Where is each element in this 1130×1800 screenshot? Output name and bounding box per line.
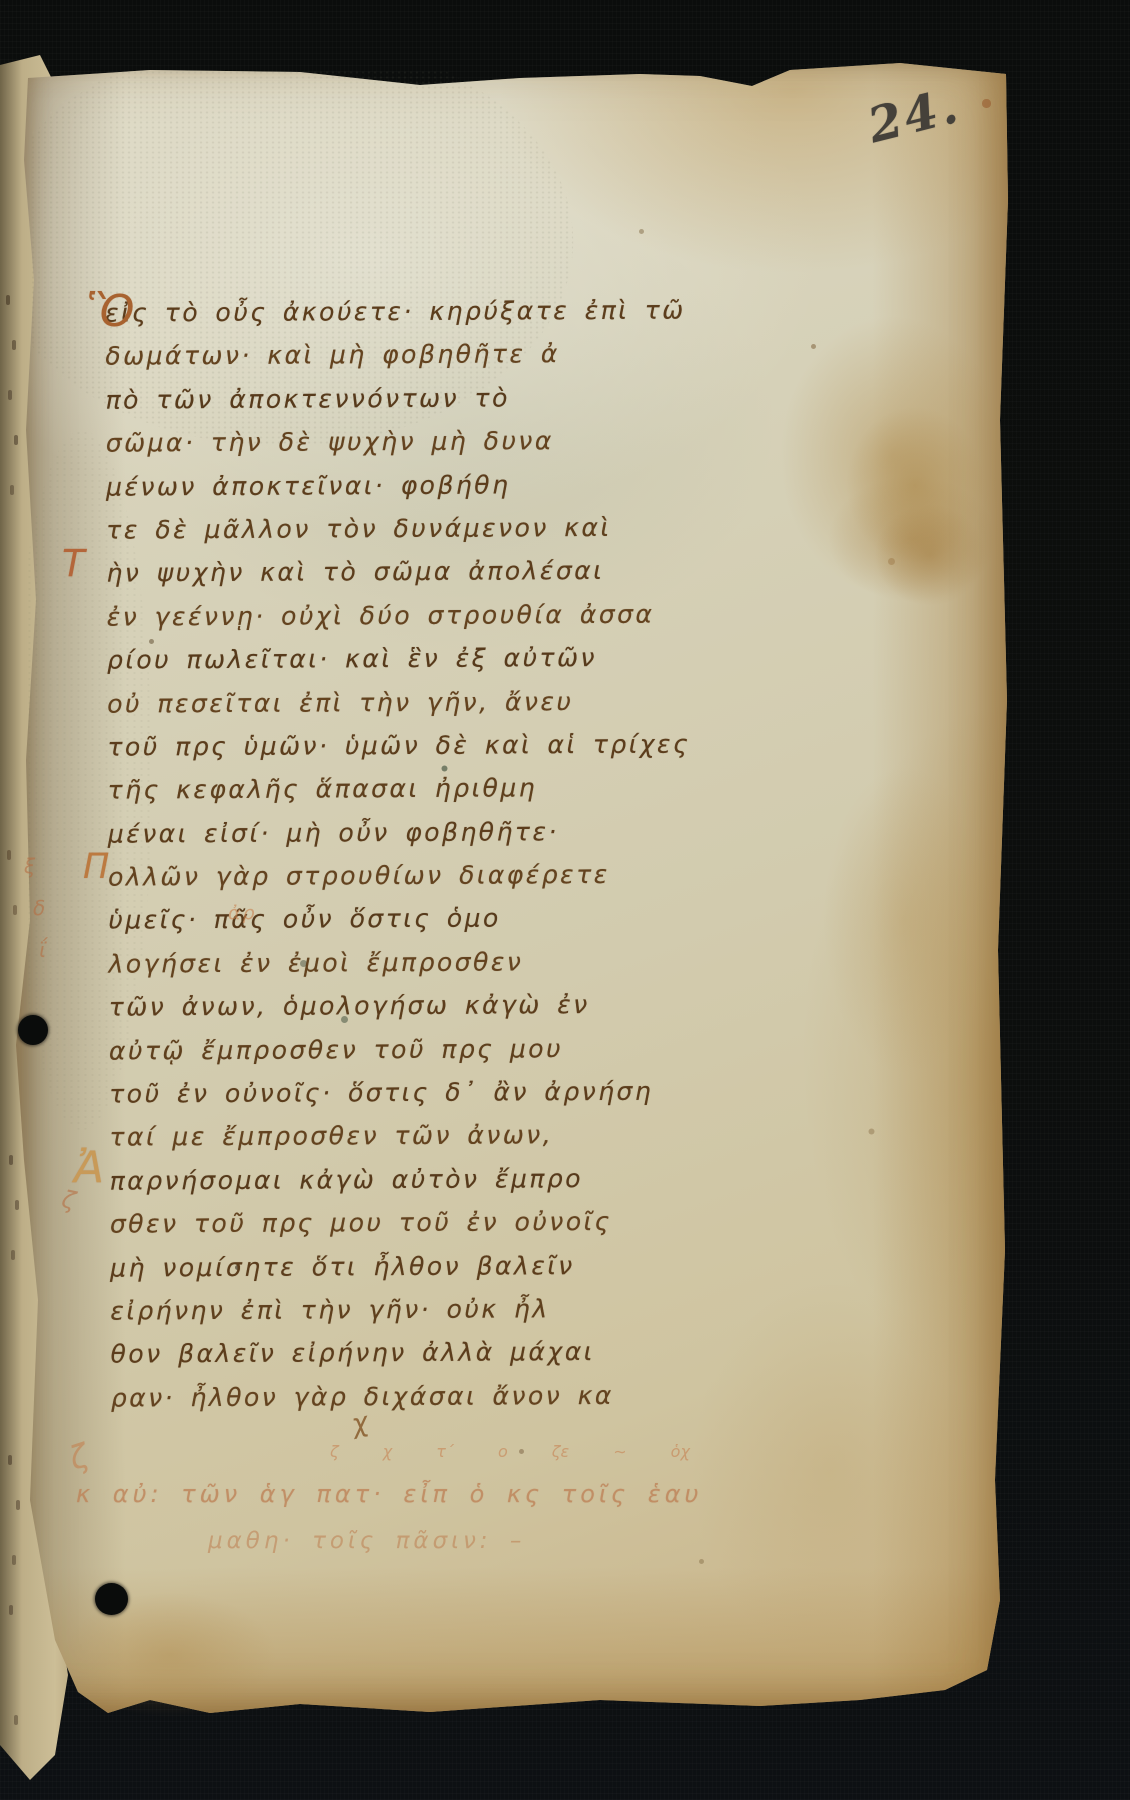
manuscript-line: παρνήσομαι κἀγὼ αὐτὸν ἔμπρο xyxy=(110,1163,710,1210)
manuscript-line: τοῦ πρς ὑμῶν· ὑμῶν δὲ καὶ αἱ τρίχες xyxy=(107,729,707,776)
manuscript-line: πὸ τῶν ἀποκτεννόντων τὸ xyxy=(106,382,706,429)
manuscript-line: ὑμεῖς· πᾶς οὖν ὅστις ὁμο xyxy=(108,903,708,950)
manuscript-line: ρίου πωλεῖται· καὶ ἓν ἐξ αὐτῶν xyxy=(107,643,707,690)
neume-mark: ζε xyxy=(552,1442,569,1461)
neume-mark: ζ xyxy=(330,1442,339,1461)
manuscript-line: δωμάτων· καὶ μὴ φοβηθῆτε ἀ xyxy=(105,339,705,386)
manuscript-line: ἐν γεέννῃ· οὐχὶ δύο στρουθία ἀσσα xyxy=(107,599,707,646)
manuscript-line: θον βαλεῖν εἰρήνην ἀλλὰ μάχαι xyxy=(111,1337,711,1384)
manuscript-line: ὴν ψυχὴν καὶ τὸ σῶμα ἀπολέσαι xyxy=(106,556,706,603)
rubric-initial: Ἀ xyxy=(74,1146,104,1190)
neume-mark: ∼ xyxy=(613,1442,626,1461)
manuscript-line: ραν· ἦλθον γὰρ διχάσαι ἄνον κα xyxy=(111,1380,711,1427)
punch-hole xyxy=(95,1583,128,1615)
manuscript-line: μέναι εἰσί· μὴ οὖν φοβηθῆτε· xyxy=(108,816,708,863)
parchment-speckles xyxy=(0,0,3,3)
manuscript-line: αὐτῷ ἔμπροσθεν τοῦ πρς μου xyxy=(109,1033,709,1080)
manuscript-line: ολλῶν γὰρ στρουθίων διαφέρετε xyxy=(108,860,708,907)
manuscript-line: εἰρήνην ἐπὶ τὴν γῆν· οὐκ ἦλ xyxy=(110,1293,710,1340)
marginal-mark: ξ xyxy=(24,854,35,878)
manuscript-line: εἰς τὸ οὖς ἀκούετε· κηρύξατε ἐπὶ τῶ xyxy=(105,295,705,342)
neume-mark: ὁχ xyxy=(671,1442,690,1461)
manuscript-line: τε δὲ μᾶλλον τὸν δυνάμενον καὶ xyxy=(106,512,706,559)
manuscript-line: μὴ νομίσητε ὅτι ἦλθον βαλεῖν xyxy=(110,1250,710,1297)
folio-edge-text-fragments xyxy=(6,295,10,305)
neume-mark: χ xyxy=(383,1442,392,1461)
rubric-initial: Π xyxy=(83,850,109,885)
main-text-block: εἰς τὸ οὖς ἀκούετε· κηρύξατε ἐπὶ τῶ δωμά… xyxy=(105,295,711,1426)
manuscript-line: τῆς κεφαλῆς ἅπασαι ἠριθμη xyxy=(108,773,708,820)
neume-mark: τ΄ xyxy=(436,1442,454,1461)
manuscript-photo: 24. εἰς τὸ οὖς ἀκούετε· κηρύξατε ἐπὶ τῶ … xyxy=(0,0,1130,1800)
rubric-line: μαθη· τοῖς πᾶσιν: – xyxy=(208,1528,525,1554)
manuscript-line: σῶμα· τὴν δὲ ψυχὴν μὴ δυνα xyxy=(106,426,706,473)
manuscript-line: οὐ πεσεῖται ἐπὶ τὴν γῆν, ἄνευ xyxy=(107,686,707,733)
manuscript-line: μένων ἀποκτεῖναι· φοβήθη xyxy=(106,469,706,516)
punch-hole xyxy=(18,1015,48,1045)
marginal-mark: δ xyxy=(33,896,45,920)
lection-start-mark: ἀρ xyxy=(228,902,257,924)
manuscript-line: ταί με ἔμπροσθεν τῶν ἀνων, xyxy=(109,1120,709,1167)
manuscript-line: τοῦ ἐν οὐνοῖς· ὅστις δ᾽ ἂν ἀρνήση xyxy=(109,1076,709,1123)
rubric-initial: Ὃ xyxy=(86,290,134,334)
manuscript-line: τῶν ἀνων, ὁμολογήσω κἀγὼ ἐν xyxy=(109,990,709,1037)
marginal-mark: ΐ xyxy=(39,938,46,962)
neume-mark: ο xyxy=(498,1442,508,1461)
manuscript-line: σθεν τοῦ πρς μου τοῦ ἐν οὐνοῖς xyxy=(110,1207,710,1254)
rubric-initial: Τ xyxy=(62,545,85,582)
manuscript-line: λογήσει ἐν ἐμοὶ ἔμπροσθεν xyxy=(108,946,708,993)
rubric-line: κ αὐ: τῶν ἁγ πατ· εἶπ ὁ κς τοῖς ἑαυ xyxy=(76,1480,702,1508)
rubric-superscript-marks: ζ χ τ΄ ο ζε ∼ ὁχ xyxy=(330,1442,690,1461)
